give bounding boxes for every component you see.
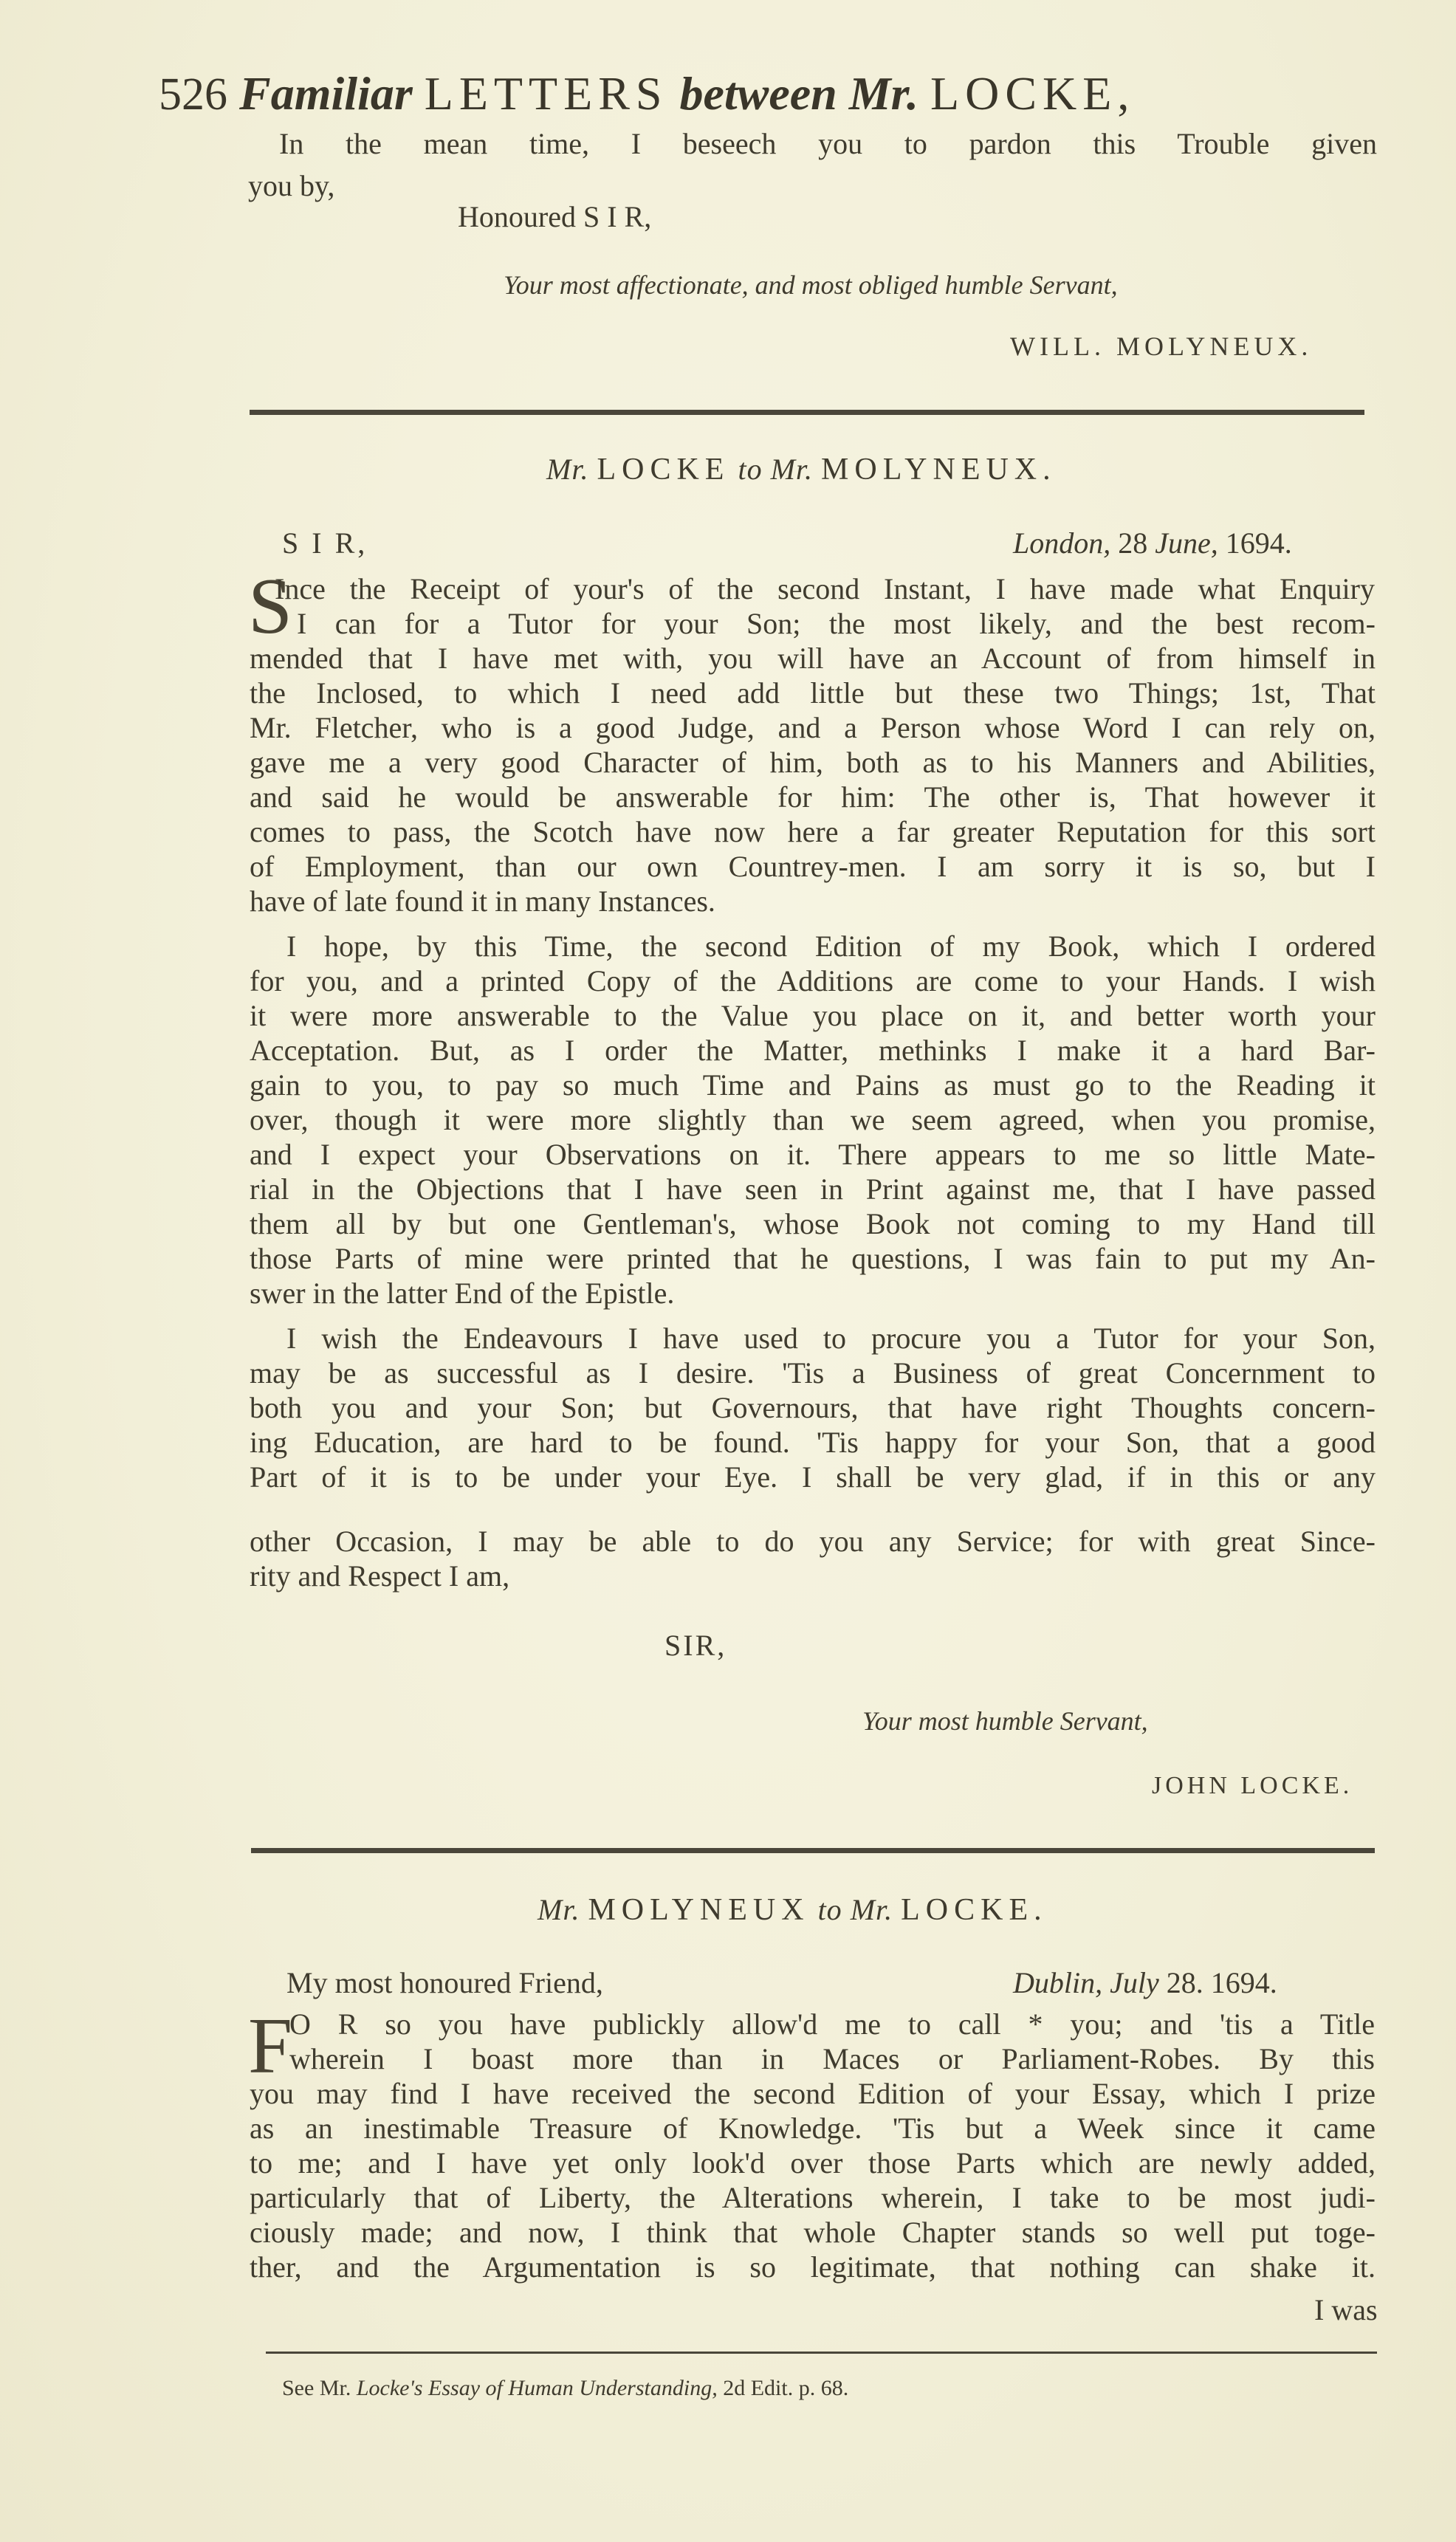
letter1-line: Ince the Receipt of your's of the second… (275, 574, 1375, 604)
header-word-familiar: Familiar (239, 67, 413, 120)
section-divider-rule (251, 1848, 1375, 1853)
letter1-line: of Employment, than our own Countrey-men… (250, 852, 1376, 882)
letter1-line: Part of it is to be under your Eye. I sh… (250, 1463, 1376, 1492)
letter1-valediction: Your most humble Servant, (862, 1705, 1148, 1737)
letter1-line: for you, and a printed Copy of the Addit… (250, 966, 1376, 996)
letter1-line: I wish the Endeavours I have used to pro… (250, 1324, 1376, 1353)
letter2-heading: Mr. MOLYNEUX to Mr. LOCKE. (538, 1892, 1048, 1928)
letter2-salutation: My most honoured Friend, (286, 1965, 603, 2000)
letter2-line: particularly that of Liberty, the Altera… (250, 2183, 1376, 2213)
letter1-line: and I expect your Observations on it. Th… (250, 1140, 1376, 1169)
header-word-mr: Mr. (849, 67, 918, 120)
dateline-place: Dublin, (1013, 1966, 1102, 1999)
running-header: 526 Familiar LETTERS between Mr. LOCKE, (159, 70, 1135, 117)
heading-mr: Mr. (538, 1893, 580, 1926)
letter1-line: I can for a Tutor for your Son; the most… (250, 609, 1376, 639)
prev-honoured-sir: Honoured S I R, (458, 199, 651, 234)
letter1-line: both you and your Son; but Governours, t… (250, 1393, 1376, 1423)
dateline-place: London, (1013, 526, 1110, 560)
letter1-line: gain to you, to pay so much Time and Pai… (250, 1071, 1376, 1100)
letter1-line: rial in the Objections that I have seen … (250, 1175, 1376, 1204)
letter1-dateline: London, 28 June, 1694. (1013, 526, 1292, 560)
letter1-line: may be as successful as I desire. 'Tis a… (250, 1358, 1376, 1388)
letter1-line: I hope, by this Time, the second Edition… (250, 932, 1376, 961)
prev-signature: WILL. MOLYNEUX. (1010, 331, 1312, 362)
letter1-line: the Inclosed, to which I need add little… (250, 679, 1376, 708)
dateline-year: 1694. (1211, 1966, 1277, 1999)
header-word-between: between (679, 67, 837, 120)
heading-molyneux: MOLYNEUX (588, 1893, 809, 1927)
letter1-line: comes to pass, the Scotch have now here … (250, 817, 1376, 847)
letter2-line: ther, and the Argumentation is so legiti… (250, 2253, 1376, 2282)
heading-to: to (818, 1893, 842, 1926)
heading-molyneux: MOLYNEUX. (821, 453, 1057, 487)
letter1-line: Mr. Fletcher, who is a good Judge, and a… (250, 713, 1376, 743)
heading-mr-2: Mr. (771, 453, 813, 486)
letter1-closing-sir: SIR, (665, 1628, 727, 1663)
heading-locke: LOCKE. (901, 1893, 1048, 1927)
letter2-dateline: Dublin, July 28. 1694. (1013, 1965, 1277, 2000)
letter1-salutation: S I R, (282, 526, 368, 560)
letter1-heading: Mr. LOCKE to Mr. MOLYNEUX. (546, 452, 1057, 487)
letter2-line: to me; and I have yet only look'd over t… (250, 2148, 1376, 2178)
section-divider-rule (250, 410, 1364, 415)
prev-closing-line-2: you by, (248, 168, 334, 203)
prev-valediction: Your most affectionate, and most obliged… (504, 269, 1118, 300)
letter2-line: wherein I boast more than in Maces or Pa… (289, 2044, 1375, 2074)
dateline-day: 28 (1118, 526, 1147, 560)
heading-mr: Mr. (546, 453, 588, 486)
letter1-line: gave me a very good Character of him, bo… (250, 748, 1376, 777)
dateline-day: 28. (1167, 1966, 1203, 1999)
dateline-year: 1694. (1226, 526, 1292, 560)
letter2-line: you may find I have received the second … (250, 2079, 1376, 2109)
letter1-line: over, though it were more slightly than … (250, 1105, 1376, 1135)
footnote-rule (266, 2352, 1377, 2354)
footnote-title: Locke's Essay of Human Understanding, (357, 2376, 718, 2400)
footnote: See Mr. Locke's Essay of Human Understan… (282, 2376, 848, 2401)
letter2-line: as an inestimable Treasure of Knowledge.… (250, 2114, 1376, 2143)
dateline-month: June, (1155, 526, 1218, 560)
letter2-line: ciously made; and now, I think that whol… (250, 2218, 1376, 2247)
letter1-line: those Parts of mine were printed that he… (250, 1244, 1376, 1274)
letter1-line: rity and Respect I am, (250, 1562, 1376, 1591)
heading-locke: LOCKE (597, 453, 729, 487)
heading-to: to (738, 453, 762, 486)
letter1-line: mended that I have met with, you will ha… (250, 644, 1376, 673)
footnote-edition: 2d Edit. p. 68. (723, 2376, 848, 2400)
letter1-line: have of late found it in many Instances. (250, 887, 1376, 916)
letter1-line: Acceptation. But, as I order the Matter,… (250, 1036, 1376, 1065)
letter1-line: it were more answerable to the Value you… (250, 1001, 1376, 1031)
catchword: I was (1314, 2292, 1378, 2327)
letter1-signature: JOHN LOCKE. (1152, 1772, 1353, 1800)
header-word-letters: LETTERS (425, 67, 668, 120)
letter1-line: other Occasion, I may be able to do you … (250, 1527, 1376, 1556)
header-word-locke: LOCKE, (930, 67, 1135, 120)
page-number: 526 (159, 69, 227, 120)
letter1-line: ing Education, are hard to be found. 'Ti… (250, 1428, 1376, 1457)
prev-closing-line-1: In the mean time, I beseech you to pardo… (279, 129, 1377, 159)
letter1-line: them all by but one Gentleman's, whose B… (250, 1209, 1376, 1239)
drop-cap-f: F (248, 2007, 292, 2086)
heading-mr-2: Mr. (851, 1893, 893, 1926)
letter1-line: and said he would be answerable for him:… (250, 783, 1376, 812)
letter1-line: swer in the latter End of the Epistle. (250, 1279, 1376, 1308)
footnote-text: See Mr. (282, 2376, 351, 2400)
dateline-month: July (1110, 1966, 1159, 1999)
book-page: 526 Familiar LETTERS between Mr. LOCKE, … (0, 0, 1456, 2542)
letter2-line: O R so you have publickly allow'd me to … (289, 2010, 1375, 2039)
